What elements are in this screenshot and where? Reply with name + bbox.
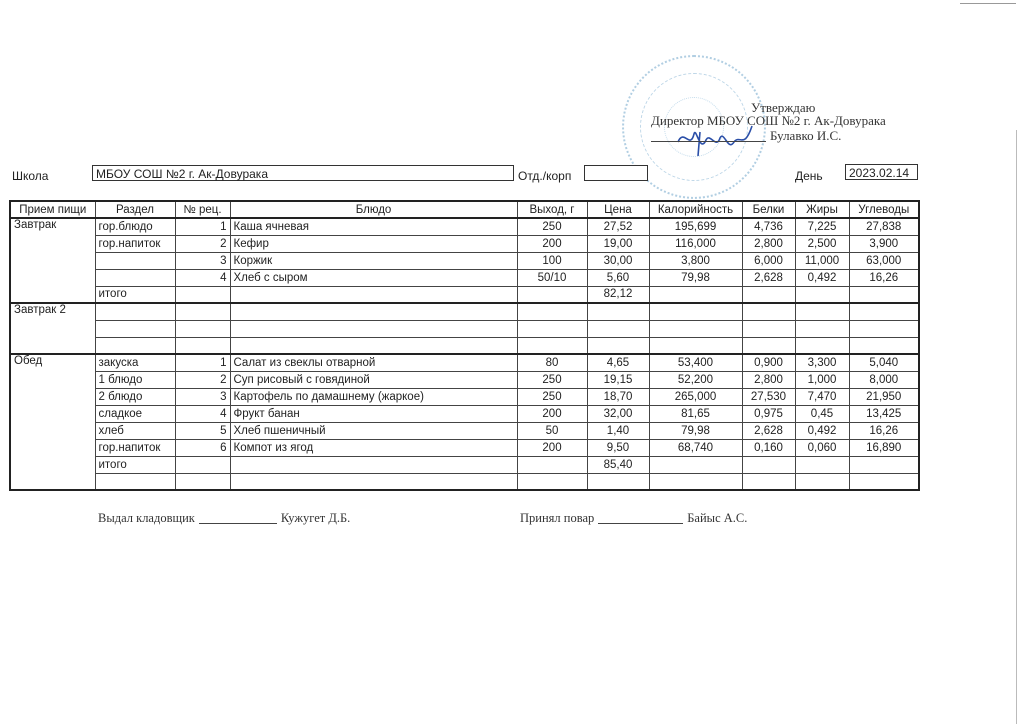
cell-recipe: 2	[175, 235, 230, 252]
cell-yield: 200	[517, 405, 587, 422]
cell-recipe	[175, 473, 230, 490]
cell-price: 19,15	[587, 371, 649, 388]
table-row: 3Коржик10030,003,8006,00011,00063,000	[10, 252, 919, 269]
cell-protein: 2,800	[742, 235, 795, 252]
cell-recipe	[175, 320, 230, 337]
cell-dish: Коржик	[230, 252, 517, 269]
cell-dish	[230, 337, 517, 354]
cell-protein: 2,628	[742, 422, 795, 439]
cell-section: 1 блюдо	[95, 371, 175, 388]
dept-label: Отд./корп	[518, 169, 571, 183]
cell-dish	[230, 286, 517, 303]
cell-carbs	[849, 337, 919, 354]
signature-line	[598, 523, 683, 524]
cell-fat	[795, 456, 849, 473]
cell-yield: 200	[517, 439, 587, 456]
table-row: гор.напиток6Компот из ягод2009,5068,7400…	[10, 439, 919, 456]
cell-section: сладкое	[95, 405, 175, 422]
cell-meal: Обед	[10, 354, 95, 490]
cell-dish	[230, 473, 517, 490]
cell-dish	[230, 320, 517, 337]
cell-yield: 50/10	[517, 269, 587, 286]
cell-calories	[649, 456, 742, 473]
cell-price: 85,40	[587, 456, 649, 473]
cell-protein	[742, 286, 795, 303]
cell-recipe	[175, 456, 230, 473]
cell-price: 30,00	[587, 252, 649, 269]
col-header-recipe: № рец.	[175, 201, 230, 218]
cell-recipe	[175, 337, 230, 354]
cell-recipe	[175, 286, 230, 303]
cell-section: итого	[95, 286, 175, 303]
table-row	[10, 320, 919, 337]
cell-dish: Компот из ягод	[230, 439, 517, 456]
cell-calories	[649, 286, 742, 303]
cell-protein: 27,530	[742, 388, 795, 405]
cell-yield: 80	[517, 354, 587, 371]
cell-yield: 200	[517, 235, 587, 252]
cell-protein	[742, 473, 795, 490]
cell-yield: 250	[517, 371, 587, 388]
cell-fat: 0,492	[795, 422, 849, 439]
table-row: Завтракгор.блюдо1Каша ячневая25027,52195…	[10, 218, 919, 235]
cell-fat	[795, 286, 849, 303]
cell-yield: 50	[517, 422, 587, 439]
col-header-meal: Прием пищи	[10, 201, 95, 218]
cell-protein: 0,160	[742, 439, 795, 456]
cell-dish: Фрукт банан	[230, 405, 517, 422]
cell-price	[587, 320, 649, 337]
cell-carbs: 16,890	[849, 439, 919, 456]
table-row	[10, 473, 919, 490]
cell-dish	[230, 456, 517, 473]
cell-carbs	[849, 473, 919, 490]
footer-issued: Выдал кладовщикКужугет Д.Б.	[98, 511, 350, 526]
cell-fat: 7,225	[795, 218, 849, 235]
dept-field[interactable]	[584, 165, 648, 181]
table-row: Обедзакуска1Салат из свеклы отварной804,…	[10, 354, 919, 371]
received-label: Принял повар	[520, 511, 594, 525]
cell-carbs: 13,425	[849, 405, 919, 422]
col-header-carbs: Углеводы	[849, 201, 919, 218]
table-row: сладкое4Фрукт банан20032,0081,650,9750,4…	[10, 405, 919, 422]
cell-fat: 0,060	[795, 439, 849, 456]
cell-section: итого	[95, 456, 175, 473]
cell-price: 1,40	[587, 422, 649, 439]
cell-dish: Хлеб с сыром	[230, 269, 517, 286]
cell-calories: 3,800	[649, 252, 742, 269]
cell-carbs	[849, 303, 919, 320]
table-row: гор.напиток2Кефир20019,00116,0002,8002,5…	[10, 235, 919, 252]
cell-dish: Кефир	[230, 235, 517, 252]
cell-recipe: 4	[175, 405, 230, 422]
cell-calories: 195,699	[649, 218, 742, 235]
cell-section: гор.блюдо	[95, 218, 175, 235]
cell-calories: 79,98	[649, 422, 742, 439]
table-row	[10, 337, 919, 354]
cell-price: 27,52	[587, 218, 649, 235]
cell-yield: 250	[517, 218, 587, 235]
cell-carbs: 16,26	[849, 269, 919, 286]
cell-calories: 116,000	[649, 235, 742, 252]
cell-price: 4,65	[587, 354, 649, 371]
cell-yield: 250	[517, 388, 587, 405]
cell-price: 9,50	[587, 439, 649, 456]
table-row: Завтрак 2	[10, 303, 919, 320]
approval-name: Булавко И.С.	[770, 128, 841, 143]
cell-fat: 3,300	[795, 354, 849, 371]
cell-carbs	[849, 320, 919, 337]
cell-fat: 11,000	[795, 252, 849, 269]
cell-carbs: 63,000	[849, 252, 919, 269]
cell-price	[587, 473, 649, 490]
cell-yield	[517, 473, 587, 490]
cell-carbs	[849, 456, 919, 473]
cell-protein: 0,975	[742, 405, 795, 422]
cell-recipe: 1	[175, 218, 230, 235]
signature-line	[651, 141, 766, 142]
cell-protein	[742, 303, 795, 320]
cell-carbs: 21,950	[849, 388, 919, 405]
cell-yield	[517, 303, 587, 320]
cell-fat: 1,000	[795, 371, 849, 388]
table-row: итого82,12	[10, 286, 919, 303]
cell-section	[95, 337, 175, 354]
table-row: итого85,40	[10, 456, 919, 473]
cell-fat: 2,500	[795, 235, 849, 252]
table-row: 1 блюдо2Суп рисовый с говядиной25019,155…	[10, 371, 919, 388]
issued-name: Кужугет Д.Б.	[281, 511, 350, 525]
cell-protein	[742, 456, 795, 473]
cell-carbs: 8,000	[849, 371, 919, 388]
cell-protein: 2,628	[742, 269, 795, 286]
cell-carbs	[849, 286, 919, 303]
cell-dish: Суп рисовый с говядиной	[230, 371, 517, 388]
cell-meal: Завтрак	[10, 218, 95, 303]
cell-protein: 4,736	[742, 218, 795, 235]
table-row: хлеб5Хлеб пшеничный501,4079,982,6280,492…	[10, 422, 919, 439]
cell-section	[95, 252, 175, 269]
cell-protein: 6,000	[742, 252, 795, 269]
school-label: Школа	[12, 169, 48, 183]
col-header-calories: Калорийность	[649, 201, 742, 218]
cell-section: гор.напиток	[95, 439, 175, 456]
cell-fat	[795, 320, 849, 337]
table-row: 4Хлеб с сыром50/105,6079,982,6280,49216,…	[10, 269, 919, 286]
cell-calories: 52,200	[649, 371, 742, 388]
cell-yield: 100	[517, 252, 587, 269]
cell-dish: Салат из свеклы отварной	[230, 354, 517, 371]
cell-section	[95, 320, 175, 337]
issued-label: Выдал кладовщик	[98, 511, 195, 525]
cell-price: 82,12	[587, 286, 649, 303]
col-header-fat: Жиры	[795, 201, 849, 218]
approval-position: Директор МБОУ СОШ №2 г. Ак-Довурака	[651, 113, 886, 129]
cell-section: 2 блюдо	[95, 388, 175, 405]
cell-section: хлеб	[95, 422, 175, 439]
received-name: Байыс А.С.	[687, 511, 747, 525]
scan-edge	[1016, 130, 1017, 724]
menu-table: Прием пищи Раздел № рец. Блюдо Выход, г …	[9, 200, 920, 491]
cell-carbs: 3,900	[849, 235, 919, 252]
cell-carbs: 27,838	[849, 218, 919, 235]
cell-calories: 53,400	[649, 354, 742, 371]
cell-price: 32,00	[587, 405, 649, 422]
day-field[interactable]: 2023.02.14	[845, 164, 918, 180]
col-header-price: Цена	[587, 201, 649, 218]
cell-yield	[517, 337, 587, 354]
cell-recipe: 1	[175, 354, 230, 371]
school-field[interactable]: МБОУ СОШ №2 г. Ак-Довурака	[92, 165, 514, 181]
cell-price: 19,00	[587, 235, 649, 252]
day-label: День	[795, 169, 823, 183]
cell-carbs: 16,26	[849, 422, 919, 439]
cell-section: закуска	[95, 354, 175, 371]
cell-recipe: 5	[175, 422, 230, 439]
cell-protein	[742, 337, 795, 354]
cell-dish: Хлеб пшеничный	[230, 422, 517, 439]
cell-calories	[649, 320, 742, 337]
col-header-section: Раздел	[95, 201, 175, 218]
cell-yield	[517, 320, 587, 337]
cell-dish: Картофель по дамашнему (жаркое)	[230, 388, 517, 405]
cell-price: 5,60	[587, 269, 649, 286]
cell-meal: Завтрак 2	[10, 303, 95, 354]
col-header-yield: Выход, г	[517, 201, 587, 218]
cell-calories	[649, 337, 742, 354]
cell-fat: 7,470	[795, 388, 849, 405]
cell-section	[95, 303, 175, 320]
cell-calories	[649, 473, 742, 490]
cell-recipe	[175, 303, 230, 320]
table-header-row: Прием пищи Раздел № рец. Блюдо Выход, г …	[10, 201, 919, 218]
cell-fat	[795, 473, 849, 490]
cell-calories: 265,000	[649, 388, 742, 405]
cell-carbs: 5,040	[849, 354, 919, 371]
cell-price	[587, 337, 649, 354]
cell-yield	[517, 286, 587, 303]
col-header-dish: Блюдо	[230, 201, 517, 218]
col-header-protein: Белки	[742, 201, 795, 218]
footer-received: Принял поварБайыс А.С.	[520, 511, 747, 526]
cell-calories: 81,65	[649, 405, 742, 422]
cell-protein	[742, 320, 795, 337]
signature-line	[199, 523, 277, 524]
cell-dish	[230, 303, 517, 320]
cell-recipe: 3	[175, 388, 230, 405]
cell-calories: 79,98	[649, 269, 742, 286]
table-row: 2 блюдо3Картофель по дамашнему (жаркое)2…	[10, 388, 919, 405]
cell-fat	[795, 303, 849, 320]
cell-protein: 2,800	[742, 371, 795, 388]
cell-yield	[517, 456, 587, 473]
cell-recipe: 3	[175, 252, 230, 269]
approval-signature-line: Булавко И.С.	[651, 128, 841, 144]
cell-section	[95, 269, 175, 286]
cell-fat: 0,45	[795, 405, 849, 422]
cell-fat	[795, 337, 849, 354]
cell-recipe: 6	[175, 439, 230, 456]
cell-calories	[649, 303, 742, 320]
cell-price: 18,70	[587, 388, 649, 405]
cell-fat: 0,492	[795, 269, 849, 286]
scan-edge	[960, 3, 1016, 4]
cell-price	[587, 303, 649, 320]
cell-calories: 68,740	[649, 439, 742, 456]
cell-recipe: 4	[175, 269, 230, 286]
cell-recipe: 2	[175, 371, 230, 388]
cell-section	[95, 473, 175, 490]
cell-dish: Каша ячневая	[230, 218, 517, 235]
cell-protein: 0,900	[742, 354, 795, 371]
cell-section: гор.напиток	[95, 235, 175, 252]
